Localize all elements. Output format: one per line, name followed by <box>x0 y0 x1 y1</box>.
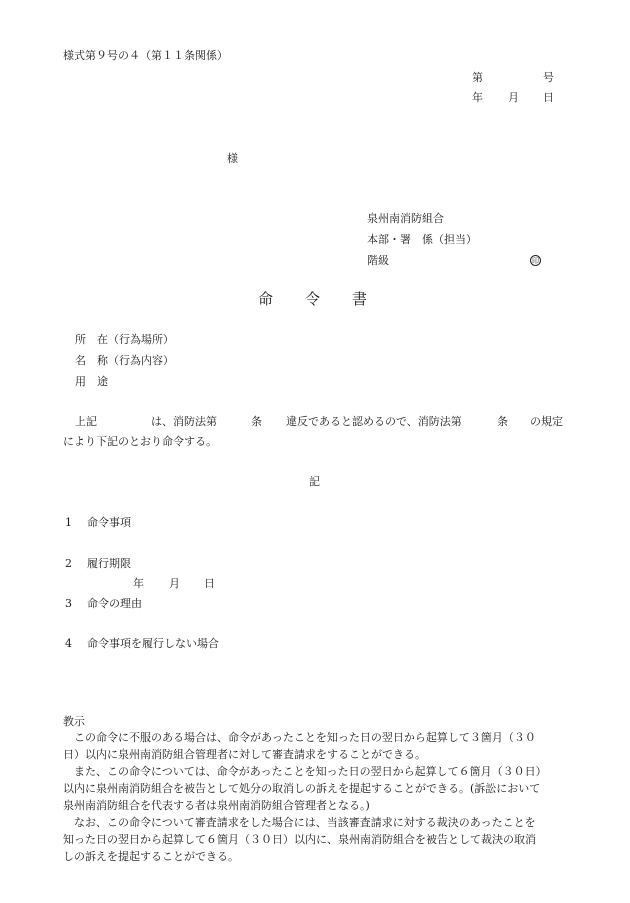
field-name: 名 称（行為内容） <box>75 355 174 366</box>
issuer-department: 本部・署 係（担当） <box>367 234 477 245</box>
item-4-label: 命令事項を履行しない場合 <box>87 638 219 649</box>
deadline-day: 日 <box>204 578 215 589</box>
item-2-label: 履行期限 <box>87 558 131 569</box>
instruction-line: 泉州南消防組合を代表する者は泉州南消防組合管理者となる。) <box>63 797 583 814</box>
date-year: 年 <box>472 92 483 103</box>
form-number: 様式第９号の４（第１１条関係） <box>63 50 228 61</box>
deadline-year: 年 <box>133 578 144 589</box>
body-line1-part4: 違反であると認めるので、消防法第 <box>286 416 462 427</box>
title-char: 令 <box>305 292 320 307</box>
item-1-number: 1 <box>65 517 72 528</box>
document-title: 命令書 <box>258 292 367 307</box>
body-line1-part5: 条 <box>497 416 508 427</box>
item-3-label: 命令の理由 <box>87 598 142 609</box>
body-line2: により下記のとおり命令する。 <box>63 436 217 447</box>
instruction-line: しの訴えを提起することができる。 <box>63 848 583 865</box>
instruction-line: なお、この命令について審査請求をした場合には、当該審査請求に対する裁決のあったこ… <box>63 814 583 831</box>
title-char: 書 <box>352 292 367 307</box>
instruction-line: また、この命令については、命令があったことを知った日の翌日から起算して６箇月（３… <box>63 763 583 780</box>
instruction-line: 日）以内に泉州南消防組合管理者に対して審査請求をすることができる。 <box>63 746 583 763</box>
issuer-rank-label: 階級 <box>367 255 389 266</box>
instruction-line: この命令に不服のある場合は、命令があったことを知った日の翌日から起算して３箇月（… <box>63 729 583 746</box>
body-line1-part6: の規定 <box>530 416 563 427</box>
title-char: 命 <box>258 292 273 307</box>
item-3-number: 3 <box>65 598 72 609</box>
doc-number-suffix: 号 <box>543 72 554 83</box>
instruction-body: この命令に不服のある場合は、命令があったことを知った日の翌日から起算して３箇月（… <box>63 729 583 865</box>
ki-heading: 記 <box>309 476 320 487</box>
date-day: 日 <box>543 92 554 103</box>
item-2-number: 2 <box>65 558 72 569</box>
deadline-month: 月 <box>169 578 180 589</box>
doc-number-prefix: 第 <box>472 72 483 83</box>
date-month: 月 <box>508 92 519 103</box>
field-usage: 用 途 <box>75 376 108 387</box>
seal-mark-icon: 印 <box>530 254 541 266</box>
field-location: 所 在（行為場所） <box>75 334 174 345</box>
seal-glyph: 印 <box>530 255 541 266</box>
instruction-line: 知った日の翌日から起算して６箇月（３０日）以内に、泉州南消防組合を被告として裁決… <box>63 831 583 848</box>
body-line1-part3: 条 <box>251 416 262 427</box>
instruction-line: 以内に泉州南消防組合を被告として処分の取消しの訴えを提起することができる。(訴訟… <box>63 780 583 797</box>
body-line1-part2: は、消防法第 <box>151 416 217 427</box>
issuer-organization: 泉州南消防組合 <box>367 213 444 224</box>
addressee-honorific: 様 <box>227 153 238 164</box>
instruction-heading: 教示 <box>63 716 85 727</box>
item-1-label: 命令事項 <box>87 517 131 528</box>
body-line1-part1: 上記 <box>75 416 97 427</box>
item-4-number: 4 <box>65 638 72 649</box>
